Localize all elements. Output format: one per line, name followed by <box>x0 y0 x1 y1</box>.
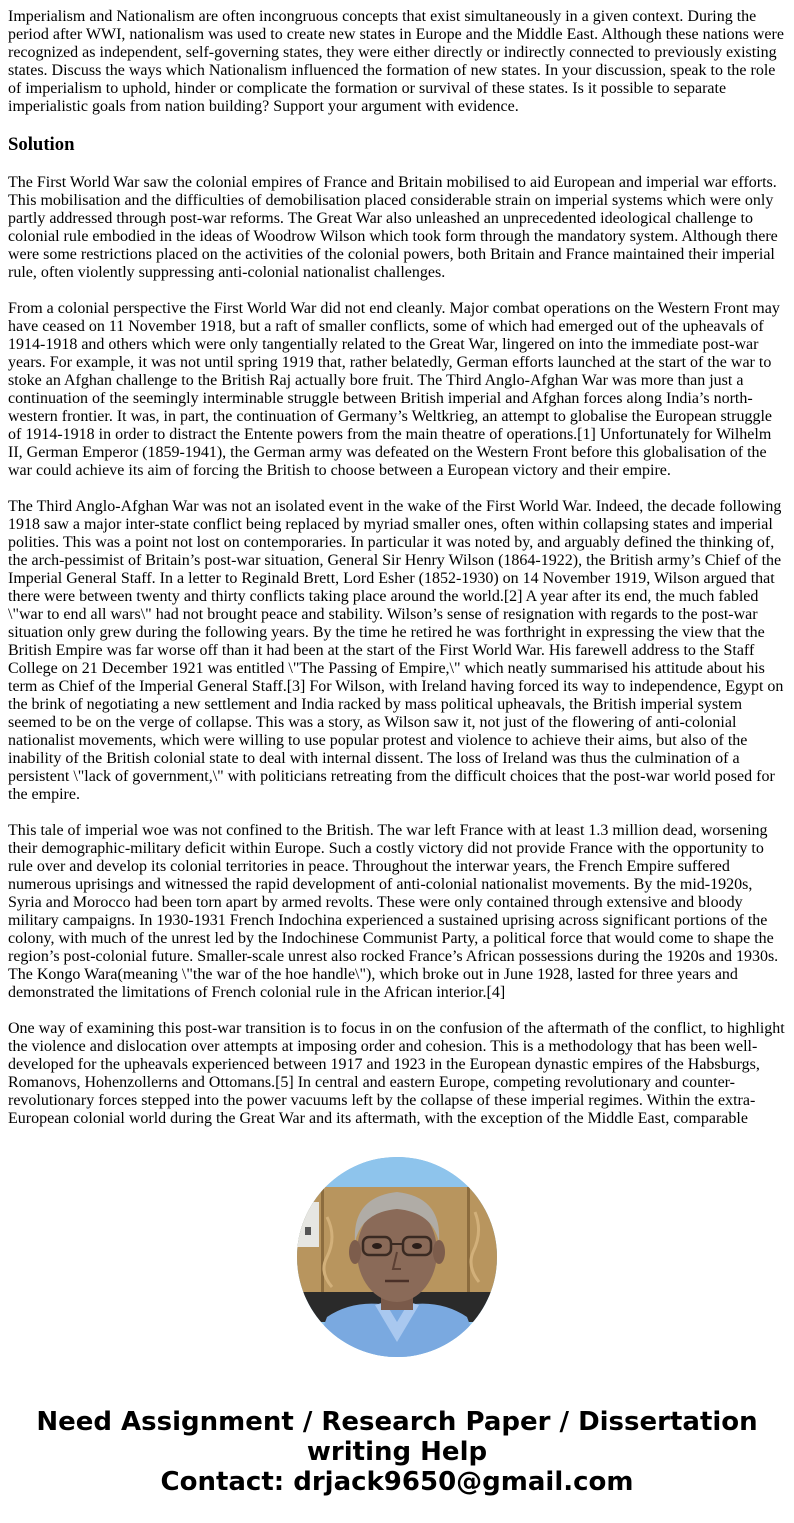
cta-contact-email: Contact: drjack9650@gmail.com <box>0 1467 794 1497</box>
solution-paragraph-3: The Third Anglo-Afghan War was not an is… <box>8 498 786 804</box>
question-text: Imperialism and Nationalism are often in… <box>8 8 786 116</box>
author-photo-container <box>0 1157 794 1357</box>
solution-paragraph-2: From a colonial perspective the First Wo… <box>8 300 786 480</box>
document-body: Imperialism and Nationalism are often in… <box>0 0 794 1128</box>
solution-heading: Solution <box>8 134 786 156</box>
solution-paragraph-4: This tale of imperial woe was not confin… <box>8 822 786 1002</box>
author-portrait-icon <box>297 1157 497 1357</box>
author-avatar <box>297 1157 497 1357</box>
cta-line-1: Need Assignment / Research Paper / Disse… <box>0 1407 794 1437</box>
cta-line-2: writing Help <box>0 1437 794 1467</box>
solution-paragraph-1: The First World War saw the colonial emp… <box>8 174 786 282</box>
solution-paragraph-5: One way of examining this post-war trans… <box>8 1020 786 1128</box>
contact-banner: Need Assignment / Research Paper / Disse… <box>0 1407 794 1497</box>
